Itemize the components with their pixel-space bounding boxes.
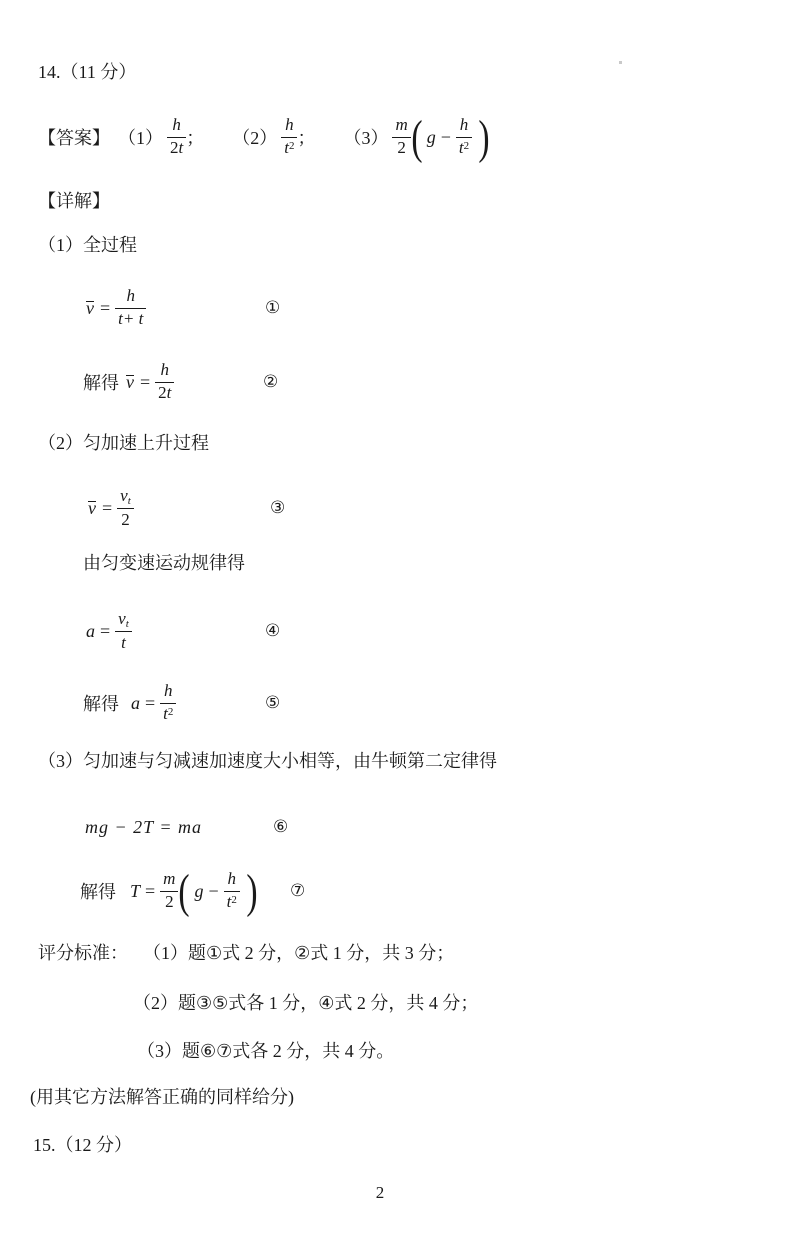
page-number: 2 (360, 1183, 400, 1203)
answer-label: 【答案】 (38, 124, 110, 150)
solve-prefix: 解得 (83, 690, 119, 716)
equation-7-fraction: h t2 (224, 870, 240, 911)
equation-tag-7: ⑦ (290, 881, 305, 901)
equation-7: 解得 T = m 2 ( g − h t2 ) ⑦ (0, 865, 760, 917)
scoring-item-2: （2）题③⑤式各 1 分，④式 2 分，共 4 分； (133, 992, 478, 1015)
equation-1-fraction: h t+ t (115, 287, 146, 328)
alternate-method-note: (用其它方法解答正确的同样给分) (30, 1086, 294, 1109)
scan-artifact-dot (619, 61, 622, 64)
step-1-heading: （1）全过程 (38, 234, 137, 257)
equation-6: mg − 2T = ma ⑥ (0, 802, 760, 852)
g-symbol: g (194, 881, 203, 902)
equation-tag-4: ④ (265, 621, 280, 641)
equals-sign: = (100, 621, 110, 642)
solve-prefix: 解得 (80, 878, 116, 904)
question-15-header: 15.（12 分） (33, 1134, 132, 1157)
answer-separator-1: ； (186, 124, 204, 150)
newton-second-law-equation: mg − 2T = ma (85, 817, 202, 838)
scoring-line-1: 评分标准：（1）题①式 2 分，②式 1 分，共 3 分； (38, 942, 454, 965)
answer-item3-prefix: （3） (343, 124, 388, 150)
step-2-heading: （2）匀加速上升过程 (38, 432, 209, 455)
equation-tag-6: ⑥ (273, 817, 288, 837)
a-symbol: a (131, 693, 140, 714)
equation-7-coefficient-fraction: m 2 (160, 870, 178, 911)
equals-sign: = (145, 881, 155, 902)
minus-sign: − (208, 881, 218, 902)
equation-4: a = vt t ④ (0, 606, 760, 656)
answer-fraction-1: h 2t (167, 116, 186, 157)
solve-prefix: 解得 (83, 369, 119, 395)
answer-g-symbol: g (427, 127, 436, 148)
answer-line: 【答案】 （1） h 2t ； （2） h t2 ； （3） m 2 ( g −… (38, 112, 798, 162)
equation-4-fraction: vt t (115, 610, 132, 653)
equals-sign: = (100, 298, 110, 319)
scoring-item-1: （1）题①式 2 分，②式 1 分，共 3 分； (152, 943, 454, 963)
equation-tag-1: ① (265, 298, 280, 318)
detail-label: 【详解】 (38, 190, 110, 213)
a-symbol: a (86, 621, 95, 642)
question-14-header: 14.（11 分） (38, 61, 136, 84)
equation-tag-2: ② (263, 372, 278, 392)
equation-1: v = h t+ t ① (0, 283, 760, 333)
step-3-heading: （3）匀加速与匀减速加速度大小相等，由牛顿第二定律得 (38, 750, 497, 773)
document-page: 14.（11 分） 【答案】 （1） h 2t ； （2） h t2 ； （3）… (0, 0, 800, 1249)
answer-fraction-2: h t2 (281, 116, 297, 157)
v-bar-symbol: v (85, 298, 95, 319)
equation-5-fraction: h t2 (160, 682, 176, 723)
minus-sign: − (441, 127, 451, 148)
equation-tag-3: ③ (270, 498, 285, 518)
equation-tag-5: ⑤ (265, 693, 280, 713)
equals-sign: = (102, 498, 112, 519)
v-bar-symbol: v (125, 372, 135, 393)
equation-3: v = vt 2 ③ (0, 483, 760, 533)
v-bar-symbol: v (87, 498, 97, 519)
answer-fraction-3: h t2 (456, 116, 472, 157)
answer-separator-2: ； (297, 124, 315, 150)
equation-2-fraction: h 2t (155, 361, 174, 402)
equals-sign: = (140, 372, 150, 393)
equation-2: 解得 v = h 2t ② (0, 357, 760, 407)
t-tension-symbol: T (130, 881, 140, 902)
answer-item2-prefix: （2） (232, 124, 277, 150)
equation-3-fraction: vt 2 (117, 487, 134, 530)
equation-5: 解得 a = h t2 ⑤ (0, 678, 760, 728)
answer-item1-prefix: （1） (118, 124, 163, 150)
scoring-item-3: （3）题⑥⑦式各 2 分，共 4 分。 (137, 1040, 394, 1063)
uniform-motion-law-text: 由匀变速运动规律得 (83, 552, 245, 575)
equals-sign: = (145, 693, 155, 714)
scoring-label: 评分标准： (38, 943, 128, 963)
answer-coefficient-fraction: m 2 (392, 116, 410, 157)
